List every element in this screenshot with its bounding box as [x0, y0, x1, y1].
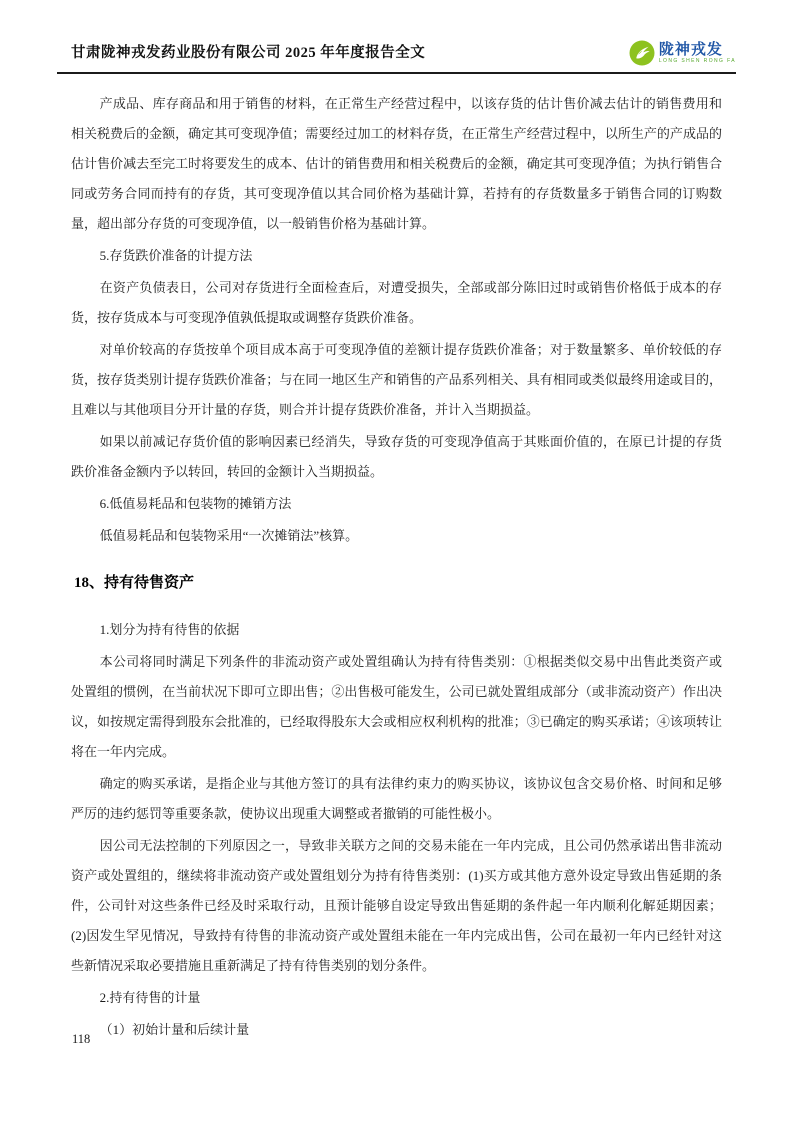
paragraph-provision-method: 对单价较高的存货按单个项目成本高于可变现净值的差额计提存货跌价准备；对于数量繁多…	[71, 335, 722, 425]
page-header: 甘肃陇神戎发药业股份有限公司 2025 年年度报告全文 陇神戎发 LONG SH…	[57, 40, 736, 74]
section-heading-18-held-for-sale: 18、持有待售资产	[71, 568, 722, 598]
company-logo: 陇神戎发 LONG SHEN RONG FA	[629, 40, 736, 66]
logo-company-name: 陇神戎发	[659, 42, 736, 57]
subheading-initial-subsequent-measurement: （1）初始计量和后续计量	[71, 1015, 722, 1045]
paragraph-sale-delay-exceptions: 因公司无法控制的下列原因之一，导致非关联方之间的交易未能在一年内完成，且公司仍然…	[71, 831, 722, 981]
paragraph-one-time-amortization: 低值易耗品和包装物采用“一次摊销法”核算。	[71, 521, 722, 551]
logo-text: 陇神戎发 LONG SHEN RONG FA	[659, 42, 736, 64]
subheading-5-inventory-provision: 5.存货跌价准备的计提方法	[71, 241, 722, 271]
paragraph-balance-sheet-date: 在资产负债表日，公司对存货进行全面检查后，对遭受损失，全部或部分陈旧过时或销售价…	[71, 273, 722, 333]
paragraph-inventory-nrv: 产成品、库存商品和用于销售的材料，在正常生产经营过程中，以该存货的估计售价减去估…	[71, 89, 722, 239]
report-title: 甘肃陇神戎发药业股份有限公司 2025 年年度报告全文	[71, 41, 425, 66]
logo-company-name-en: LONG SHEN RONG FA	[659, 59, 736, 64]
subheading-6-amortization: 6.低值易耗品和包装物的摊销方法	[71, 489, 722, 519]
bird-icon	[629, 40, 655, 66]
paragraph-classification-conditions: 本公司将同时满足下列条件的非流动资产或处置组确认为持有待售类别：①根据类似交易中…	[71, 647, 722, 767]
subheading-2-measurement: 2.持有待售的计量	[71, 983, 722, 1013]
subheading-1-classification-basis: 1.划分为持有待售的依据	[71, 615, 722, 645]
page-number: 118	[72, 1032, 90, 1047]
paragraph-purchase-commitment: 确定的购买承诺，是指企业与其他方签订的具有法律约束力的购买协议，该协议包含交易价…	[71, 769, 722, 829]
document-content: 产成品、库存商品和用于销售的材料，在正常生产经营过程中，以该存货的估计售价减去估…	[57, 89, 736, 1045]
paragraph-provision-reversal: 如果以前减记存货价值的影响因素已经消失，导致存货的可变现净值高于其账面价值的，在…	[71, 427, 722, 487]
document-page: 甘肃陇神戎发药业股份有限公司 2025 年年度报告全文 陇神戎发 LONG SH…	[0, 0, 793, 1122]
